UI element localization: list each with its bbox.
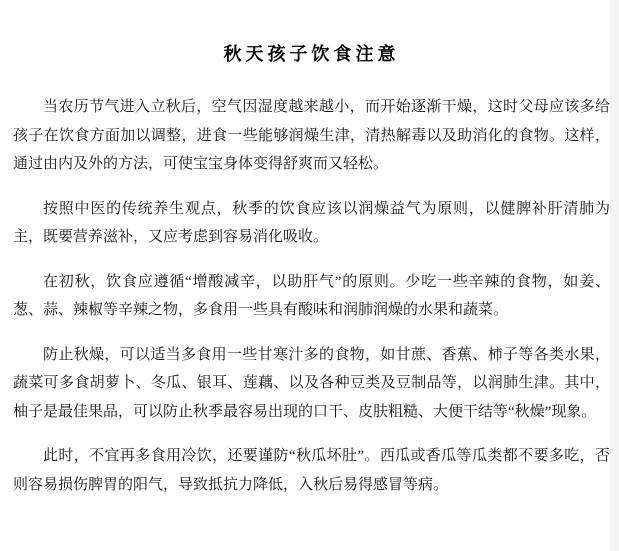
page-edge-gutter xyxy=(610,0,619,551)
paragraph-intro: 当农历节气进入立秋后，空气因湿度越来越小，而开始逐渐干燥，这时父母应该多给孩子在… xyxy=(13,93,610,179)
paragraph-early-autumn: 在初秋，饮食应遵循“增酸减辛，以助肝气”的原则。少吃一些辛辣的食物，如姜、葱、蒜… xyxy=(13,268,610,325)
paragraph-tcm-principle: 按照中医的传统养生观点，秋季的饮食应该以润燥益气为原则，以健脾补肝清肺为主，既要… xyxy=(13,195,610,252)
paragraph-cold-drinks-warning: 此时，不宜再多食用冷饮，还要谨防“秋瓜坏肚”。西瓜或香瓜等瓜类都不要多吃，否则容… xyxy=(13,442,610,499)
paragraph-prevent-dryness: 防止秋燥，可以适当多食用一些甘寒汁多的食物，如甘蔗、香蕉、柿子等各类水果，蔬菜可… xyxy=(13,341,610,427)
document-page: 秋天孩子饮食注意 当农历节气进入立秋后，空气因湿度越来越小，而开始逐渐干燥，这时… xyxy=(0,0,619,551)
document-title: 秋天孩子饮食注意 xyxy=(13,41,610,68)
